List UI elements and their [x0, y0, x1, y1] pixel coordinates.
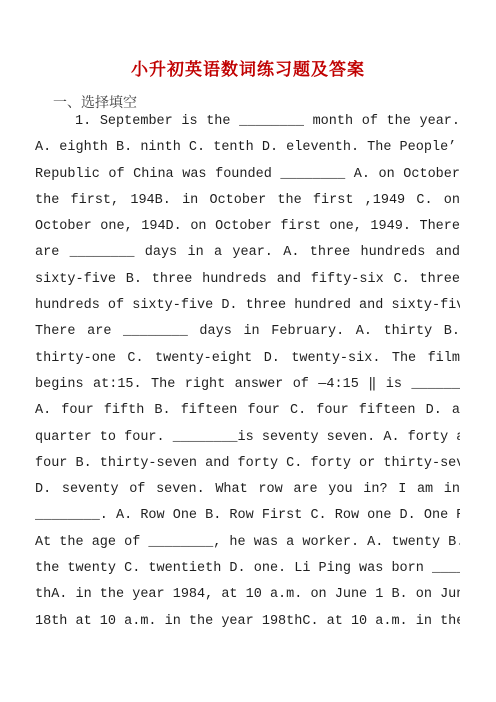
text-line: thA. in the year 1984, at 10 a.m. on Jun…: [35, 582, 460, 608]
text-line: quarter to four. ________is seventy seve…: [35, 425, 460, 451]
text-line: ________. A. Row One B. Row First C. Row…: [35, 503, 460, 529]
text-line: A. four fifth B. fifteen four C. four fi…: [35, 398, 460, 424]
text-line: begins at:15. The right answer of —4:15 …: [35, 372, 460, 398]
text-line: the first, 194B. in October the first ,1…: [35, 188, 460, 214]
text-line: Republic of China was founded ________ A…: [35, 162, 460, 188]
text-line: 18th at 10 a.m. in the year 198thC. at 1…: [35, 609, 460, 635]
text-line: At the age of ________, he was a worker.…: [35, 530, 460, 556]
document-page: 小升初英语数词练习题及答案 一、选择填空 1. September is the…: [0, 0, 496, 702]
text-line: hundreds of sixty-five D. three hundred …: [35, 293, 460, 319]
text-line: There are ________ days in February. A. …: [35, 319, 460, 345]
text-line: 1. September is the ________ month of th…: [35, 109, 460, 135]
text-line: thirty-one C. twenty-eight D. twenty-six…: [35, 346, 460, 372]
question-paragraph: 1. September is the ________ month of th…: [35, 109, 460, 635]
text-line: A. eighth B. ninth C. tenth D. eleventh.…: [35, 135, 460, 161]
text-line: four B. thirty-seven and forty C. forty …: [35, 451, 460, 477]
text-line: D. seventy of seven. What row are you in…: [35, 477, 460, 503]
text-line: the twenty C. twentieth D. one. Li Ping …: [35, 556, 460, 582]
document-title: 小升初英语数词练习题及答案: [0, 55, 496, 80]
text-line: are ________ days in a year. A. three hu…: [35, 240, 460, 266]
text-line: October one, 194D. on October first one,…: [35, 214, 460, 240]
text-line: sixty-five B. three hundreds and fifty-s…: [35, 267, 460, 293]
